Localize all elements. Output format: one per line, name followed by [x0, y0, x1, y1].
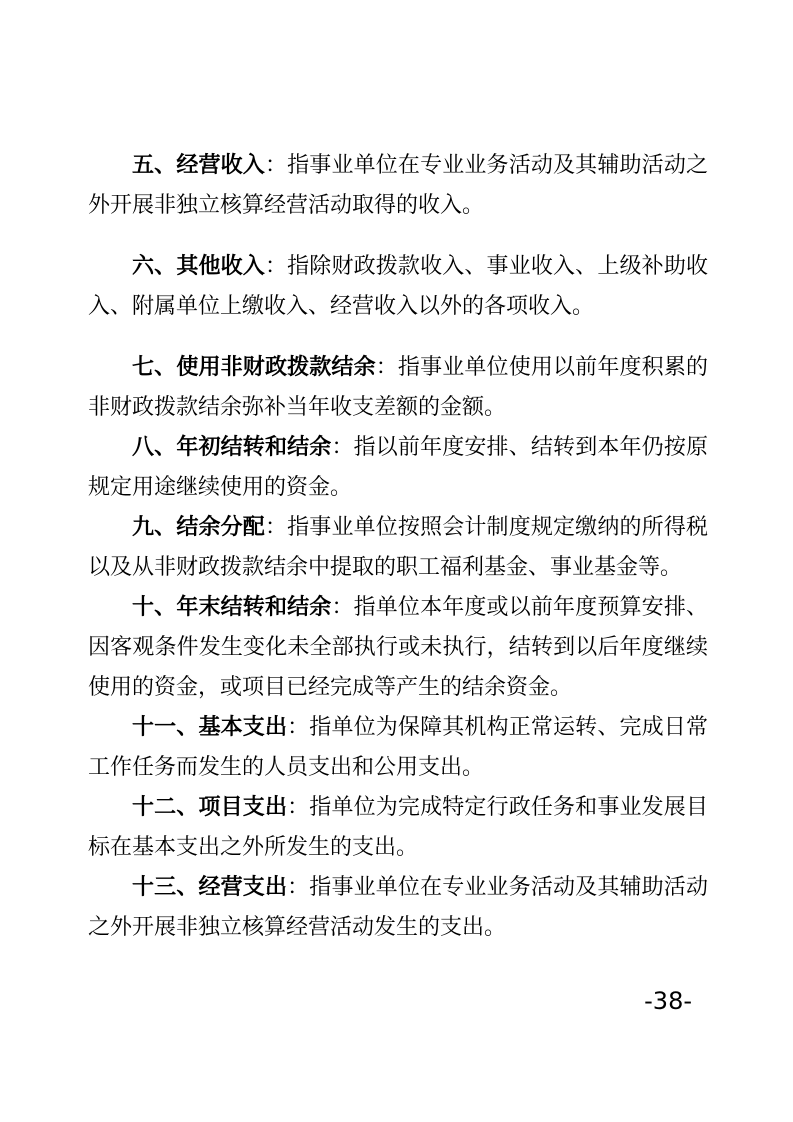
definition-term: 十二、项目支出: [132, 795, 287, 820]
definition-paragraph-9: 九、结余分配：指事业单位按照会计制度规定缴纳的所得税以及从非财政拨款结余中提取的…: [88, 508, 708, 588]
definition-paragraph-8: 八、年初结转和结余：指以前年度安排、结转到本年仍按原规定用途继续使用的资金。: [88, 428, 708, 508]
definition-paragraph-10: 十、年末结转和结余：指单位本年度或以前年度预算安排、因客观条件发生变化未全部执行…: [88, 588, 708, 708]
definition-paragraph-7: 七、使用非财政拨款结余：指事业单位使用以前年度积累的非财政拨款结余弥补当年收支差…: [88, 348, 708, 428]
definition-paragraph-5: 五、经营收入：指事业单位在专业业务活动及其辅助活动之外开展非独立核算经营活动取得…: [88, 146, 708, 226]
definition-term: 五、经营收入: [132, 153, 265, 178]
definition-term: 十一、基本支出: [132, 715, 287, 740]
definition-term: 九、结余分配: [132, 515, 265, 540]
definition-paragraph-13: 十三、经营支出：指事业单位在专业业务活动及其辅助活动之外开展非独立核算经营活动发…: [88, 868, 708, 948]
document-page: 五、经营收入：指事业单位在专业业务活动及其辅助活动之外开展非独立核算经营活动取得…: [0, 0, 793, 1122]
definition-colon: ：: [331, 595, 353, 620]
definition-colon: ：: [287, 875, 309, 900]
definition-colon: ：: [287, 795, 309, 820]
definition-colon: ：: [287, 715, 309, 740]
definition-term: 十三、经营支出: [132, 875, 287, 900]
definitions-list: 五、经营收入：指事业单位在专业业务活动及其辅助活动之外开展非独立核算经营活动取得…: [88, 146, 708, 948]
definition-term: 八、年初结转和结余: [132, 435, 331, 460]
definition-paragraph-6: 六、其他收入：指除财政拨款收入、事业收入、上级补助收入、附属单位上缴收入、经营收…: [88, 247, 708, 327]
definition-colon: ：: [331, 435, 353, 460]
definition-term: 十、年末结转和结余: [132, 595, 331, 620]
definition-colon: ：: [376, 355, 398, 380]
definition-colon: ：: [265, 254, 287, 279]
definition-paragraph-12: 十二、项目支出：指单位为完成特定行政任务和事业发展目标在基本支出之外所发生的支出…: [88, 788, 708, 868]
definition-term: 六、其他收入: [132, 254, 265, 279]
definition-paragraph-11: 十一、基本支出：指单位为保障其机构正常运转、完成日常工作任务而发生的人员支出和公…: [88, 708, 708, 788]
definition-term: 七、使用非财政拨款结余: [132, 355, 376, 380]
definition-colon: ：: [265, 153, 287, 178]
definition-colon: ：: [265, 515, 287, 540]
page-number: -38-: [644, 987, 692, 1015]
